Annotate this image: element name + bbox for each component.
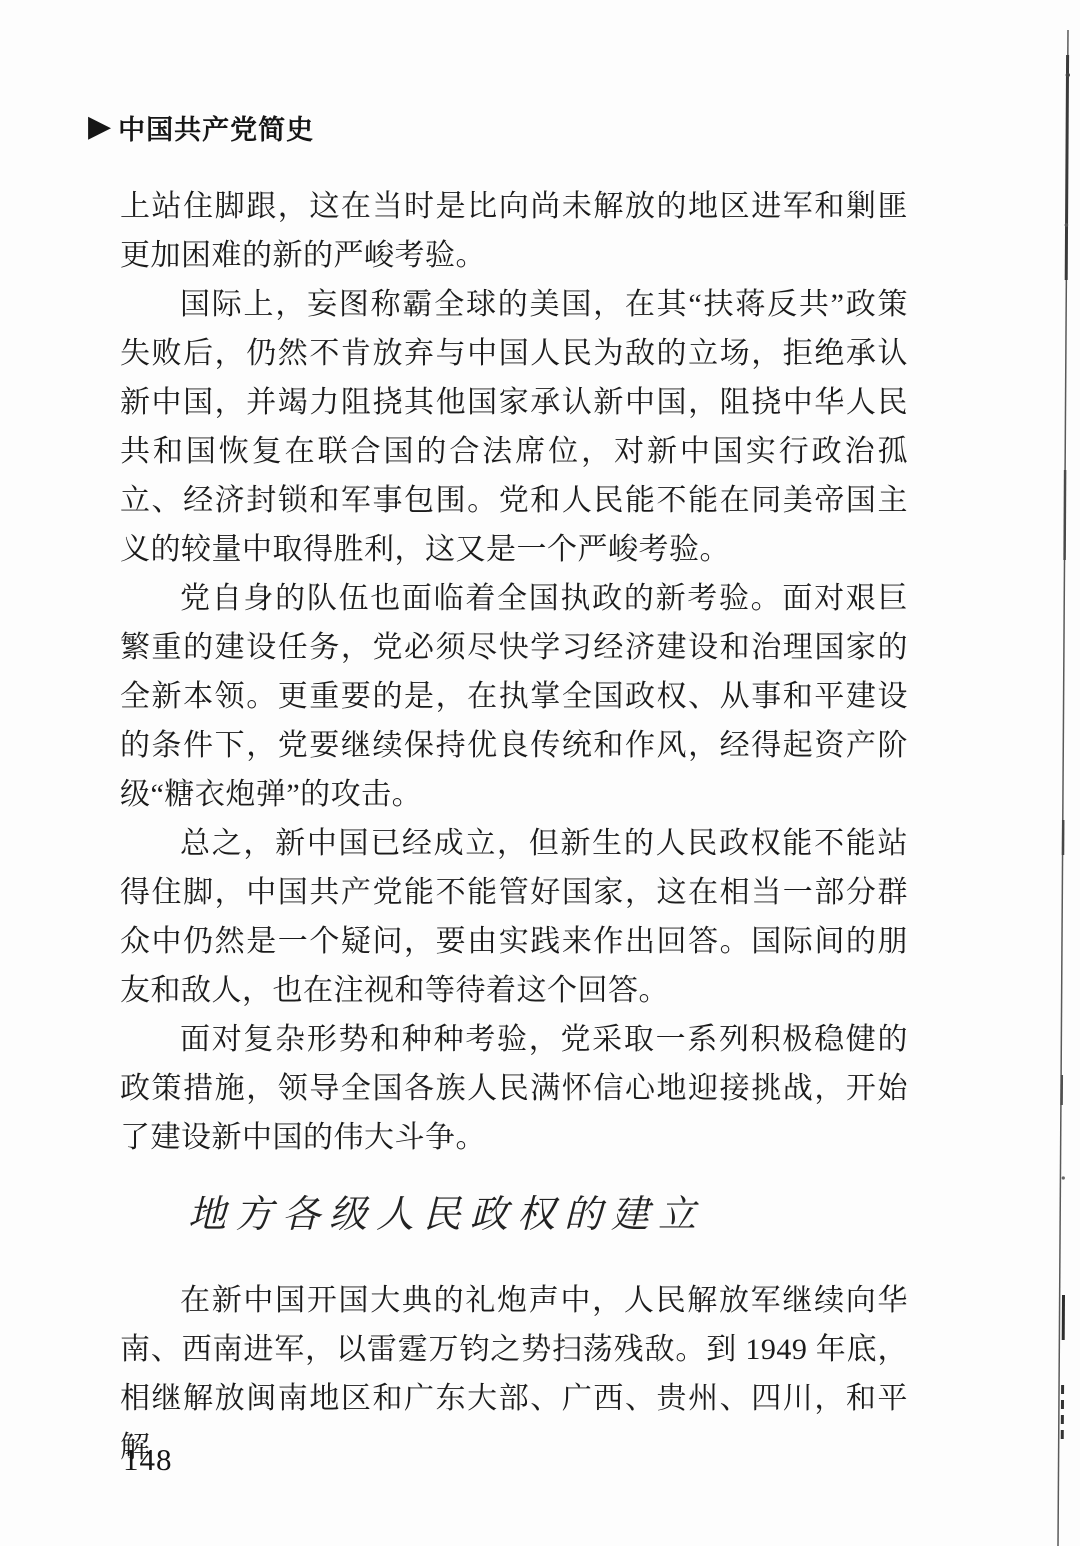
page-number: 148 [123, 1442, 173, 1478]
running-head: ▶ 中国共产党简史 [88, 108, 314, 147]
paragraph: 面对复杂形势和种种考验，党采取一系列积极稳健的政策措施，领导全国各族人民满怀信心… [120, 1015, 908, 1162]
book-title: 中国共产党简史 [118, 108, 314, 147]
paragraph: 在新中国开国大典的礼炮声中，人民解放军继续向华南、西南进军，以雷霆万钧之势扫荡残… [120, 1276, 908, 1472]
section-heading: 地方各级人民政权的建立 [188, 1190, 908, 1240]
page-text: 上站住脚跟，这在当时是比向尚未解放的地区进军和剿匪更加困难的新的严峻考验。 国际… [120, 182, 908, 1472]
paragraph: 总之，新中国已经成立，但新生的人民政权能不能站得住脚，中国共产党能不能管好国家，… [120, 819, 908, 1015]
book-page: ▶ 中国共产党简史 上站住脚跟，这在当时是比向尚未解放的地区进军和剿匪更加困难的… [0, 0, 1080, 1546]
scan-edge-artifact [1040, 0, 1080, 1546]
paragraph: 党自身的队伍也面临着全国执政的新考验。面对艰巨繁重的建设任务，党必须尽快学习经济… [120, 574, 908, 819]
triangle-bullet-icon: ▶ [88, 112, 112, 142]
paragraph: 上站住脚跟，这在当时是比向尚未解放的地区进军和剿匪更加困难的新的严峻考验。 [120, 182, 908, 280]
paragraph: 国际上，妄图称霸全球的美国，在其“扶蒋反共”政策失败后，仍然不肯放弃与中国人民为… [120, 280, 908, 574]
